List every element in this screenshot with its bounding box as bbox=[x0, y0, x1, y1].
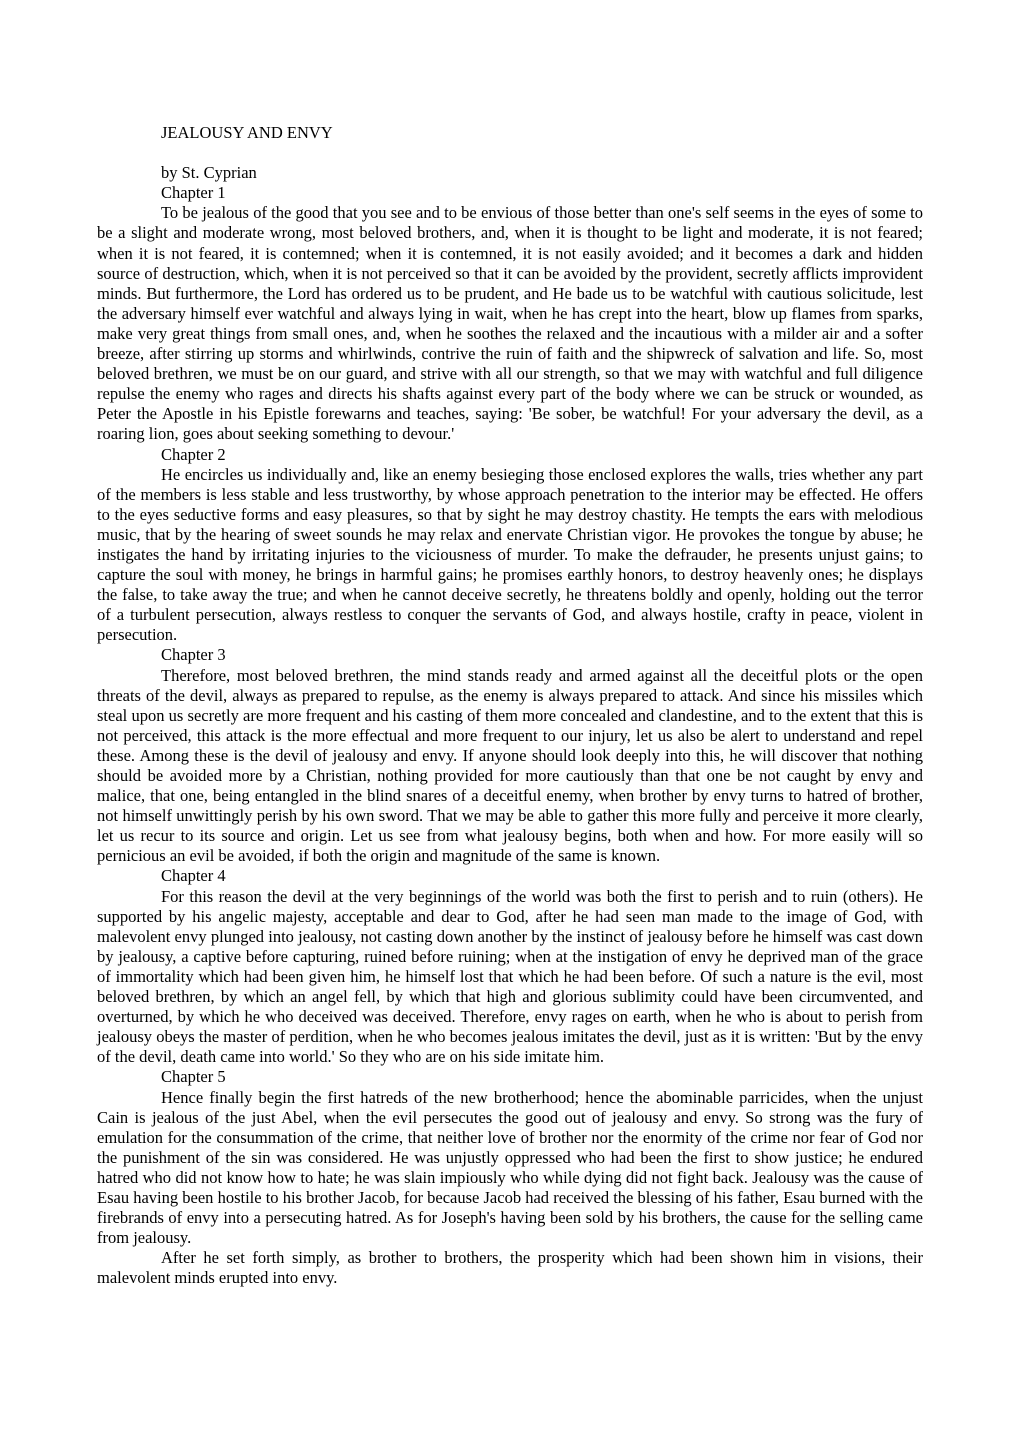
chapter-1-heading: Chapter 1 bbox=[97, 183, 923, 203]
chapter-2-section: Chapter 2 He encircles us individually a… bbox=[97, 445, 923, 646]
chapter-1-section: Chapter 1 To be jealous of the good that… bbox=[97, 183, 923, 444]
chapter-3-paragraph: Therefore, most beloved brethren, the mi… bbox=[97, 666, 923, 867]
chapter-5-paragraph: Hence finally begin the first hatreds of… bbox=[97, 1088, 923, 1249]
chapter-2-paragraph: He encircles us individually and, like a… bbox=[97, 465, 923, 646]
document-page: JEALOUSY AND ENVY by St. Cyprian Chapter… bbox=[0, 0, 1020, 1443]
chapter-3-section: Chapter 3 Therefore, most beloved brethr… bbox=[97, 645, 923, 866]
chapter-5-section: Chapter 5 Hence finally begin the first … bbox=[97, 1067, 923, 1288]
chapter-5-paragraph-2: After he set forth simply, as brother to… bbox=[97, 1248, 923, 1288]
document-byline: by St. Cyprian bbox=[97, 163, 923, 183]
chapter-1-paragraph: To be jealous of the good that you see a… bbox=[97, 203, 923, 444]
chapter-5-heading: Chapter 5 bbox=[97, 1067, 923, 1087]
chapter-4-section: Chapter 4 For this reason the devil at t… bbox=[97, 866, 923, 1067]
chapter-4-paragraph: For this reason the devil at the very be… bbox=[97, 887, 923, 1068]
document-title: JEALOUSY AND ENVY bbox=[97, 123, 923, 143]
chapter-3-heading: Chapter 3 bbox=[97, 645, 923, 665]
chapter-4-heading: Chapter 4 bbox=[97, 866, 923, 886]
chapter-2-heading: Chapter 2 bbox=[97, 445, 923, 465]
